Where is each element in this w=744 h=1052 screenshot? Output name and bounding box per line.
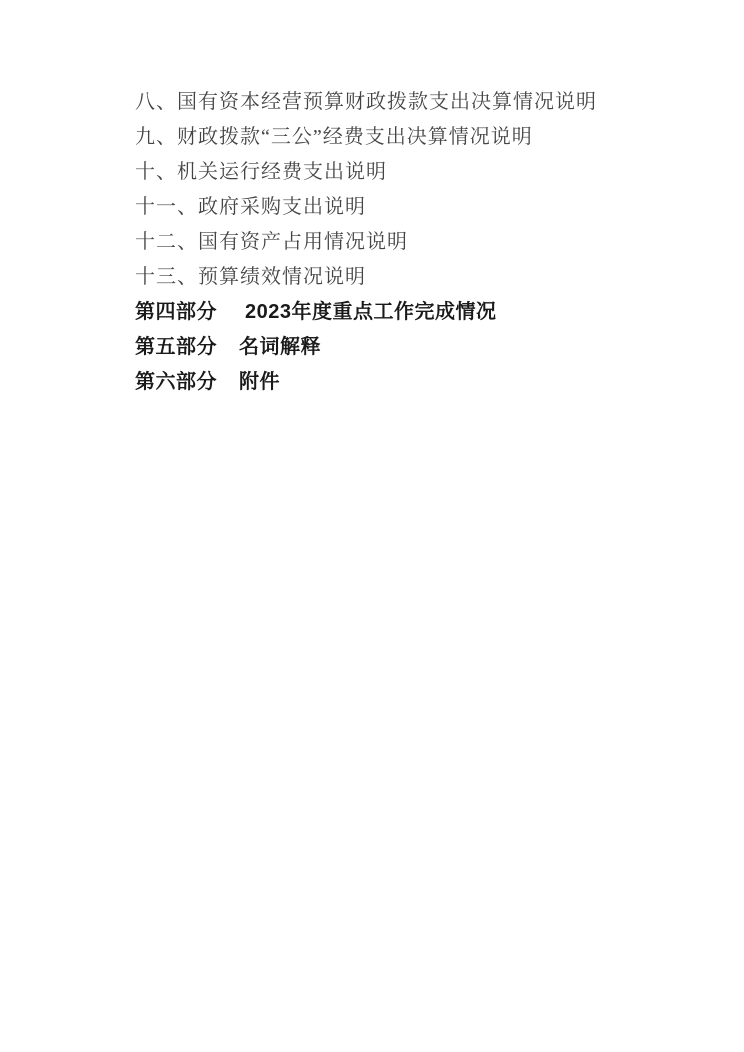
part-title: 2023年度重点工作完成情况 [245, 295, 497, 330]
toc-item-10: 十、机关运行经费支出说明 [135, 155, 597, 190]
part-label: 第四部分 [135, 301, 217, 323]
part-label: 第六部分 [135, 371, 217, 393]
toc-item-8: 八、国有资本经营预算财政拨款支出决算情况说明 [135, 85, 597, 120]
document-page: 八、国有资本经营预算财政拨款支出决算情况说明 九、财政拨款“三公”经费支出决算情… [0, 0, 744, 1052]
table-of-contents: 八、国有资本经营预算财政拨款支出决算情况说明 九、财政拨款“三公”经费支出决算情… [135, 85, 597, 400]
part-label: 第五部分 [135, 336, 217, 358]
toc-item-13: 十三、预算绩效情况说明 [135, 260, 597, 295]
part-title: 附件 [239, 365, 280, 400]
part-heading-6: 第六部分附件 [135, 365, 597, 400]
toc-item-12: 十二、国有资产占用情况说明 [135, 225, 597, 260]
part-title: 名词解释 [239, 330, 321, 365]
toc-item-11: 十一、政府采购支出说明 [135, 190, 597, 225]
toc-item-9: 九、财政拨款“三公”经费支出决算情况说明 [135, 120, 597, 155]
part-heading-5: 第五部分名词解释 [135, 330, 597, 365]
part-heading-4: 第四部分2023年度重点工作完成情况 [135, 295, 597, 330]
